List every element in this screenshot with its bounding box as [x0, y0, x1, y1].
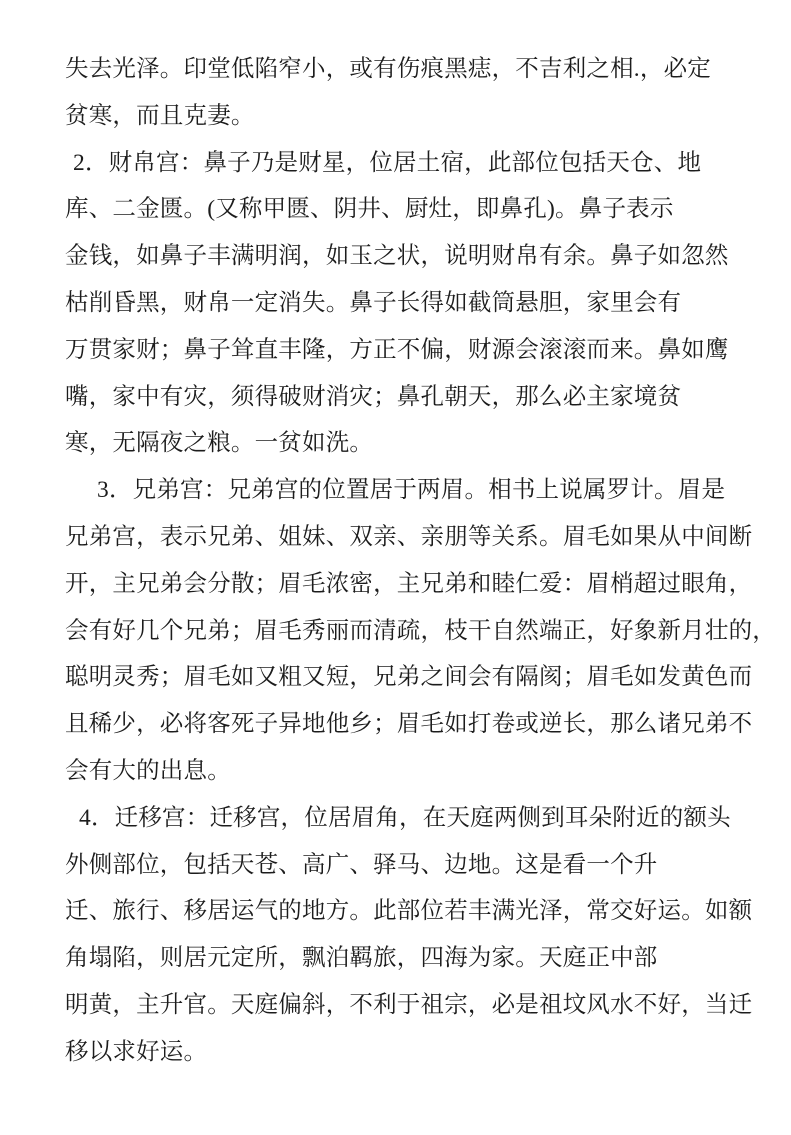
text-line: 贫寒，而且克妻。 [65, 93, 781, 140]
text-line: 移以求好运。 [65, 1029, 781, 1076]
text-line: 明黄，主升官。天庭偏斜，不利于祖宗，必是祖坟风水不好，当迁 [65, 982, 781, 1029]
text-line-section-3-heading: 3．兄弟宫：兄弟宫的位置居于两眉。相书上说属罗计。眉是 [97, 467, 781, 514]
text-line: 且稀少，必将客死子异地他乡；眉毛如打卷或逆长，那么诸兄弟不 [65, 701, 781, 748]
text-line: 角塌陷，则居元定所，飘泊羁旅，四海为家。天庭正中部 [65, 935, 781, 982]
text-line: 嘴，家中有灾，须得破财消灾；鼻孔朝天，那么必主家境贫 [65, 374, 781, 421]
text-line: 迁、旅行、移居运气的地方。此部位若丰满光泽，常交好运。如额 [65, 888, 781, 935]
text-line-section-4-heading: 4．迁移宫：迁移宫，位居眉角，在天庭两侧到耳朵附近的额头 [79, 795, 781, 842]
text-line: 金钱，如鼻子丰满明润，如玉之状，说明财帛有余。鼻子如忽然 [65, 233, 781, 280]
text-line: 兄弟宫，表示兄弟、姐妹、双亲、亲朋等关系。眉毛如果从中间断 [65, 514, 781, 561]
text-line: 外侧部位，包括天苍、高广、驿马、边地。这是看一个升 [65, 842, 781, 889]
text-line: 会有好几个兄弟；眉毛秀丽而清疏，枝干自然端正，好象新月壮的， [65, 608, 781, 655]
text-line-section-2-heading: 2．财帛宫：鼻子乃是财星，位居土宿，此部位包括天仓、地 [73, 140, 781, 187]
text-line: 万贯家财；鼻子耸直丰隆，方正不偏，财源会滚滚而来。鼻如鹰 [65, 327, 781, 374]
text-line: 库、二金匮。(又称甲匮、阴井、厨灶，即鼻孔)。鼻子表示 [65, 186, 781, 233]
text-line: 会有大的出息。 [65, 748, 781, 795]
text-line: 枯削昏黑，财帛一定消失。鼻子长得如截筒悬胆，家里会有 [65, 280, 781, 327]
text-line: 开，主兄弟会分散；眉毛浓密，主兄弟和睦仁爱：眉梢超过眼角， [65, 561, 781, 608]
document-page: 失去光泽。印堂低陷窄小，或有伤痕黑痣，不吉利之相.，必定 贫寒，而且克妻。 2．… [0, 0, 791, 1135]
text-line: 寒，无隔夜之粮。一贫如洗。 [65, 420, 781, 467]
text-line: 聪明灵秀；眉毛如又粗又短，兄弟之间会有隔阂；眉毛如发黄色而 [65, 654, 781, 701]
text-line: 失去光泽。印堂低陷窄小，或有伤痕黑痣，不吉利之相.，必定 [65, 46, 781, 93]
